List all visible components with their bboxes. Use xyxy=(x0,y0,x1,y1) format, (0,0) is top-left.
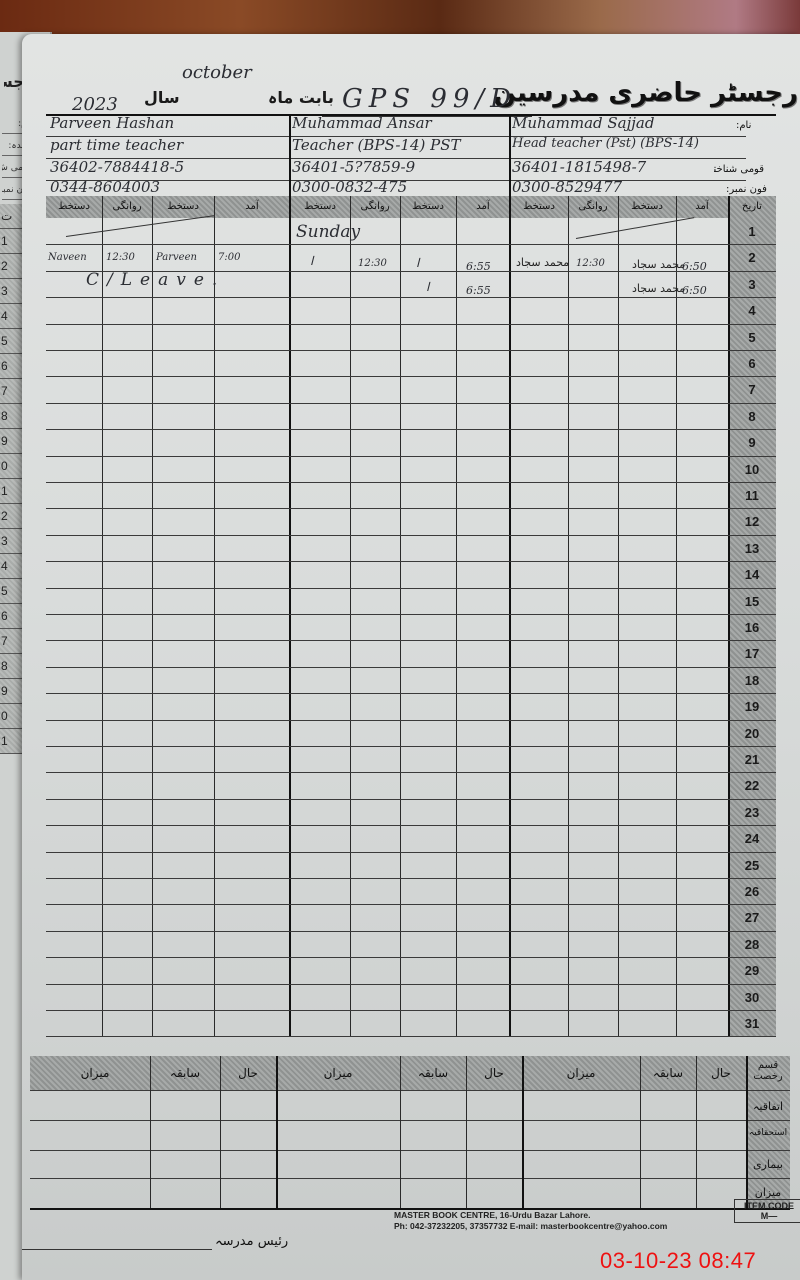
register-title: رجسٹر حاضری مدرسین xyxy=(494,78,798,108)
item-code-value: M— xyxy=(735,1211,800,1221)
day-row-line xyxy=(46,429,776,430)
teacher-2-name: Muhammad Ansar xyxy=(292,114,510,132)
day-row-line xyxy=(46,482,776,483)
day-row-line xyxy=(46,1010,776,1011)
teacher-2-designation: Teacher (BPS-14) PST xyxy=(292,136,510,154)
day-row-line xyxy=(46,350,776,351)
day-row-line xyxy=(46,535,776,536)
col-divider xyxy=(568,196,569,1036)
col-header-departure: روانگی xyxy=(350,197,400,217)
day-number: 11 xyxy=(732,488,772,503)
teacher-divider xyxy=(509,114,511,1036)
summary-row-casual: اتفاقیہ xyxy=(748,1100,788,1113)
day-number: 1 xyxy=(732,224,772,239)
day-row-line xyxy=(46,640,776,641)
day-row-line xyxy=(46,1036,776,1037)
photo-timestamp: 03-10-23 08:47 xyxy=(600,1248,756,1274)
col-header-arrival: آمد xyxy=(214,197,290,217)
summary-line xyxy=(30,1150,790,1151)
teacher-3-name: Muhammad Sajjad xyxy=(512,114,712,132)
summary-col-current: حال xyxy=(220,1066,276,1080)
teacher-divider xyxy=(289,114,291,1036)
publisher-line-2: Ph: 042-37232205, 37357732 E-mail: maste… xyxy=(394,1221,667,1232)
col-header-sign: دستخط xyxy=(46,197,102,217)
day-number: 22 xyxy=(732,778,772,793)
col-header-date: تاریخ xyxy=(728,197,776,217)
day-row-line xyxy=(46,720,776,721)
day-row-line xyxy=(46,957,776,958)
day-number: 29 xyxy=(732,963,772,978)
summary-row-earned: استحقاقیہ xyxy=(748,1128,788,1138)
col-header-arrival: آمد xyxy=(676,197,728,217)
month-label: بابت ماہ xyxy=(268,88,334,107)
day-row-line xyxy=(46,376,776,377)
day-number: 13 xyxy=(732,541,772,556)
day2-t3-departure: 12:30 xyxy=(576,258,605,269)
day2-t3-arrival: 6:50 xyxy=(682,260,707,273)
col-header-arrival: آمد xyxy=(456,197,510,217)
col-divider xyxy=(350,196,351,1036)
col-header-sign: دستخط xyxy=(400,197,456,217)
day-number: 8 xyxy=(732,409,772,424)
teacher-3-phone: 0300-8529477 xyxy=(512,178,692,196)
summary-col-total: میزان xyxy=(522,1066,640,1080)
summary-line xyxy=(30,1178,790,1179)
day-number: 20 xyxy=(732,726,772,741)
day-row-line xyxy=(46,878,776,879)
teacher-1-phone: 0344-8604003 xyxy=(50,178,290,196)
col-divider xyxy=(102,196,103,1036)
day-row-line xyxy=(46,667,776,668)
day-number: 14 xyxy=(732,567,772,582)
summary-col-divider xyxy=(276,1056,278,1208)
summary-row-sick: بیماری xyxy=(748,1158,788,1171)
day-number: 15 xyxy=(732,594,772,609)
teacher-3-designation: Head teacher (Pst) (BPS-14) xyxy=(512,136,712,151)
day3-t3-arrival: 6:50 xyxy=(682,284,707,297)
teacher-2-phone: 0300-0832-475 xyxy=(292,178,510,196)
summary-leave-type-header: قسم رخصت xyxy=(746,1060,790,1082)
day-row-line xyxy=(46,904,776,905)
year-label: سال xyxy=(144,88,180,107)
col-divider xyxy=(618,196,619,1036)
day-number: 23 xyxy=(732,805,772,820)
col-header-departure: روانگی xyxy=(568,197,618,217)
year-value: 2023 xyxy=(72,94,118,115)
col-divider xyxy=(214,196,215,1036)
day2-t2-sign: ا xyxy=(310,254,313,268)
summary-col-divider xyxy=(400,1056,401,1208)
day2-t3-sign: محمد سجاد xyxy=(516,256,569,269)
day2-t1-sign2: Parveen xyxy=(156,252,197,263)
summary-col-divider xyxy=(746,1056,748,1208)
day3-t3-sign2: محمد سجاد xyxy=(632,282,685,295)
day-number: 27 xyxy=(732,910,772,925)
school-name: GPS 99/D xyxy=(342,84,517,114)
teacher-1-cnic: 36402-7884418-5 xyxy=(50,158,290,176)
day-row-line xyxy=(46,825,776,826)
day-number: 30 xyxy=(732,990,772,1005)
publisher-line-1: MASTER BOOK CENTRE, 16-Urdu Bazar Lahore… xyxy=(394,1210,667,1221)
day-row-line xyxy=(46,614,776,615)
summary-col-current: حال xyxy=(696,1066,746,1080)
principal-signature-label: رئیس مدرسہ xyxy=(215,1234,288,1249)
day2-t3-sign2: محمد سجاد xyxy=(632,258,685,271)
day-row-line xyxy=(46,772,776,773)
day-row-line xyxy=(46,799,776,800)
publisher-info: MASTER BOOK CENTRE, 16-Urdu Bazar Lahore… xyxy=(394,1210,667,1232)
day-number: 28 xyxy=(732,937,772,952)
summary-col-divider xyxy=(696,1056,697,1208)
summary-col-total: میزان xyxy=(40,1066,150,1080)
day-row-line xyxy=(46,931,776,932)
day-number: 10 xyxy=(732,462,772,477)
day-number: 17 xyxy=(732,646,772,661)
day-number: 18 xyxy=(732,673,772,688)
day2-t1-departure: 12:30 xyxy=(106,252,135,263)
day-row-line xyxy=(46,693,776,694)
day-number: 21 xyxy=(732,752,772,767)
item-code-box: ITEM CODE M— xyxy=(734,1199,800,1223)
summary-line xyxy=(30,1090,790,1091)
day3-t2-sign2: ا xyxy=(426,280,429,294)
day-row-line xyxy=(46,561,776,562)
day1-sunday-note: Sunday xyxy=(296,222,360,242)
day2-t2-sign2: ا xyxy=(416,256,419,270)
cnic-label: قومی شناختی کارڈ نمبر: xyxy=(714,164,764,175)
day-row-line xyxy=(46,324,776,325)
day-number: 26 xyxy=(732,884,772,899)
col-header-sign: دستخط xyxy=(618,197,676,217)
col-header-departure: روانگی xyxy=(102,197,152,217)
summary-col-previous: سابقہ xyxy=(150,1066,220,1080)
day2-t1-arrival: 7:00 xyxy=(218,252,240,263)
month-value: october xyxy=(182,62,252,83)
day-number: 25 xyxy=(732,858,772,873)
day2-t1-sign: Naveen xyxy=(48,252,87,263)
col-divider xyxy=(152,196,153,1036)
day-number: 16 xyxy=(732,620,772,635)
summary-col-divider xyxy=(220,1056,221,1208)
day-row-line xyxy=(46,984,776,985)
day-row-line xyxy=(46,508,776,509)
summary-col-divider xyxy=(466,1056,467,1208)
day-row-line xyxy=(46,746,776,747)
day-row-line xyxy=(46,456,776,457)
day-number: 7 xyxy=(732,382,772,397)
summary-line xyxy=(30,1120,790,1121)
summary-col-divider xyxy=(640,1056,641,1208)
day2-t2-arrival: 6:55 xyxy=(466,260,491,273)
summary-col-previous: سابقہ xyxy=(640,1066,696,1080)
attendance-grid: Parveen Hashan part time teacher 36402-7… xyxy=(46,114,786,1114)
summary-col-divider xyxy=(522,1056,524,1208)
principal-signature-line xyxy=(22,1249,212,1250)
teacher-2-cnic: 36401-5?7859-9 xyxy=(292,158,510,176)
register-page: رجسٹر حاضری مدرسین GPS 99/D بابت ماہ oct… xyxy=(22,34,800,1280)
day-row-line xyxy=(46,403,776,404)
col-header-sign: دستخط xyxy=(290,197,350,217)
summary-col-previous: سابقہ xyxy=(400,1066,466,1080)
summary-col-divider xyxy=(150,1056,151,1208)
day-number: 4 xyxy=(732,303,772,318)
day3-t1-casual-leave: C/Leave. xyxy=(86,270,225,290)
day-row-line xyxy=(46,297,776,298)
day-row-line xyxy=(46,852,776,853)
leave-summary: میزان سابقہ حال میزان سابقہ حال میزان سا… xyxy=(30,1056,790,1208)
summary-col-total: میزان xyxy=(276,1066,400,1080)
day-row-line xyxy=(46,244,776,245)
day-number: 3 xyxy=(732,277,772,292)
day-number: 5 xyxy=(732,330,772,345)
teacher-1-name: Parveen Hashan xyxy=(50,114,290,132)
col-divider xyxy=(676,196,677,1036)
date-divider xyxy=(728,196,730,1036)
day3-t2-arrival: 6:55 xyxy=(466,284,491,297)
day-number: 31 xyxy=(732,1016,772,1031)
day-row-line xyxy=(46,588,776,589)
day-number: 19 xyxy=(732,699,772,714)
col-divider xyxy=(456,196,457,1036)
summary-row-total: میزان xyxy=(748,1186,788,1199)
col-divider xyxy=(400,196,401,1036)
item-code-label: ITEM CODE xyxy=(735,1201,800,1211)
teacher-1-designation: part time teacher xyxy=(50,136,290,154)
phone-label: فون نمبر: xyxy=(726,184,767,195)
day-number: 9 xyxy=(732,435,772,450)
day-number: 6 xyxy=(732,356,772,371)
day-number: 2 xyxy=(732,250,772,265)
strike-line xyxy=(66,215,215,237)
summary-col-current: حال xyxy=(466,1066,522,1080)
name-label: نام: xyxy=(736,120,751,131)
day-number: 24 xyxy=(732,831,772,846)
day2-t2-departure: 12:30 xyxy=(358,258,387,269)
col-header-sign: دستخط xyxy=(510,197,568,217)
teacher-3-cnic: 36401-1815498-7 xyxy=(512,158,692,176)
day-number: 12 xyxy=(732,514,772,529)
col-header-sign: دستخط xyxy=(152,197,214,217)
